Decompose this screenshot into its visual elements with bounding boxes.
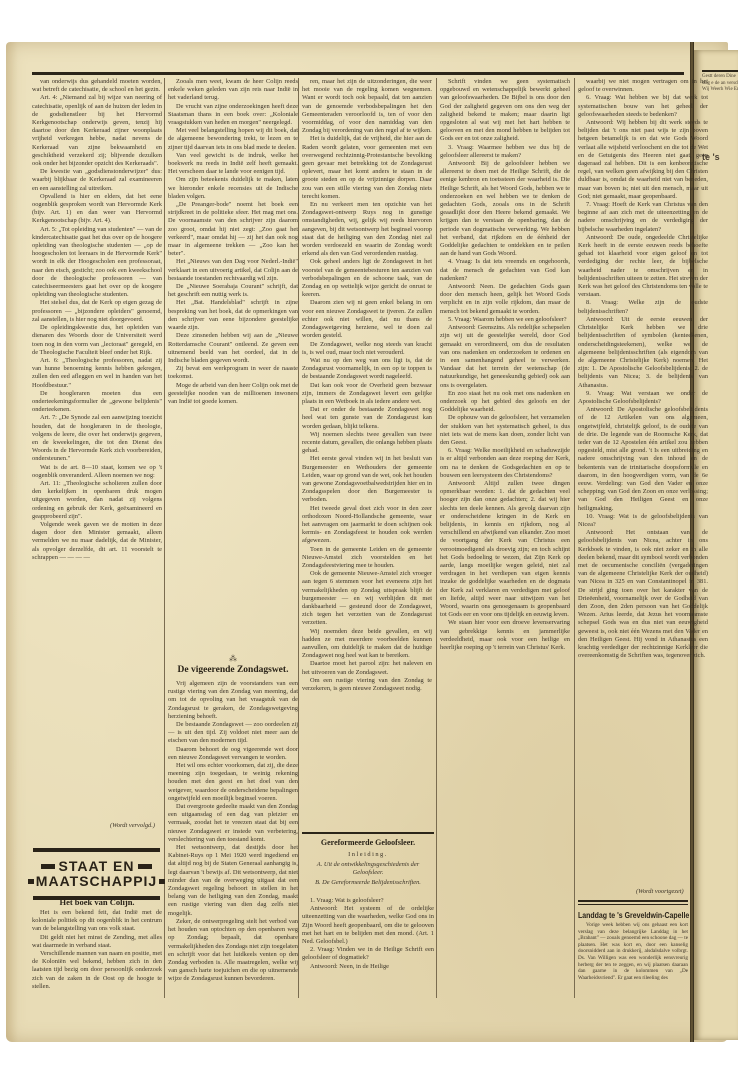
paragraph: Art. 4: „Niemand zal bij wijze van neeri… — [32, 94, 162, 168]
section-rule — [578, 900, 688, 902]
paragraph: Het „Bat. Handelsblad" schrijft in zijne… — [168, 299, 298, 332]
banner-bar — [138, 864, 152, 869]
paragraph: Het „Nieuws van den Dag voor Nederl.-Ind… — [168, 258, 298, 283]
paragraph: Vrij algemeen zijn de voorstanders van e… — [168, 680, 298, 721]
adjacent-page-rule — [702, 70, 738, 72]
section-divider-asterisk: ⁂ — [168, 654, 298, 663]
banner-bar — [41, 864, 55, 869]
paragraph: Dat overgroote gedeelte maakt van den Zo… — [168, 803, 298, 844]
paragraph: Dit geldt niet het minst de Zending, met… — [32, 934, 162, 950]
paragraph: Wat nu op den weg van ons ligt is, dat d… — [302, 357, 432, 382]
staat-en-maatschappij-banner: STAAT EN MAATSCHAPPIJ — [33, 848, 160, 900]
section-rule — [578, 904, 688, 905]
paragraph: De vrucht van zijne onderzoekingen heeft… — [168, 103, 298, 128]
paragraph: Antwoord: Altijd zullen twee dingen opme… — [440, 480, 570, 619]
paragraph: Vorige week hebben wij ons gehaast een k… — [578, 922, 688, 981]
paragraph: 6. Vraag: Wat hebben we bij dat werk tot… — [578, 94, 708, 119]
paragraph: 2. Vraag: Vinden we in de Heilige Schrif… — [302, 946, 434, 962]
column-4: Schrift vinden we geen systematisch opge… — [440, 78, 570, 998]
paragraph: Wij noemen slechts twee gevallen van twe… — [302, 431, 432, 456]
zondagswet-heading: De vigeerende Zondagswet. — [168, 665, 298, 675]
paragraph: 3. Vraag: Waarmee hebben we dus bij de g… — [440, 144, 570, 160]
paragraph: 8. Vraag: Welke zijn de oudste belijdeni… — [578, 299, 708, 315]
paragraph: De hoogleraren moeten dus een onderteeke… — [32, 390, 162, 415]
paragraph: Antwoord: De oude, ongedeelde Christelij… — [578, 234, 708, 300]
paragraph: Antwoord: Neen, in de Heilige — [302, 963, 434, 971]
paragraph: Het tweede geval doet zich voor in den z… — [302, 505, 432, 546]
paragraph: Antwoord: Geenszins. Als redelijke schep… — [440, 324, 570, 390]
landdag-article: Vorige week hebben wij ons gehaast een k… — [578, 922, 688, 981]
paragraph: Moge de arbeid van den heer Colijn ook m… — [168, 382, 298, 407]
paragraph: Om een rustige viering van den Zondag te… — [302, 677, 432, 693]
geloofsleer-article: 1. Vraag: Wat is geloofsleer?Antwoord: H… — [302, 897, 434, 971]
geloofsleer-section-a: A. Uit de ontwikkelingsgeschiedenis der … — [302, 861, 434, 877]
paragraph: De „Nieuwe Soerabaja Courant" schrijft, … — [168, 283, 298, 299]
paragraph: Het wetsontwerp, dat destijds door het K… — [168, 844, 298, 918]
paragraph: 4. Vraag: Is dat iets vreemds en ongehoo… — [440, 258, 570, 283]
geloofsleer-heading: Gereformeerde Geloofsleer. — [302, 838, 434, 847]
banner-bar — [159, 879, 165, 884]
column-rule — [436, 78, 437, 998]
paragraph: Deze zinsneden hebben wij aan de „Nieuwe… — [168, 332, 298, 365]
paragraph: Antwoord: Het ontstaan van de geloofsbel… — [578, 529, 708, 660]
paragraph: De kwestie van „godsdienstonderwijzer" d… — [32, 168, 162, 193]
paragraph: van onderwijs dus gehandeld moeten worde… — [32, 78, 162, 94]
paragraph: Het eerste geval vinden wij in het beslu… — [302, 455, 432, 504]
paragraph: Art. 5: „Tot opleiding van studenten" — … — [32, 226, 162, 300]
paragraph: De bestaande Zondagswet — zoo oordeelen … — [168, 721, 298, 746]
zondagswet-article: Vrij algemeen zijn de voorstanders van e… — [168, 680, 298, 1010]
continued-note: (Wordt vervolgd.) — [110, 822, 155, 829]
paragraph: En nu verkeert men ten opzichte van het … — [302, 201, 432, 258]
continued-note: (Wordt voortgezet) — [636, 888, 684, 895]
column-1: van onderwijs dus gehandeld moeten worde… — [32, 78, 162, 820]
paragraph: Zooals men weet, kwam de heer Colijn ree… — [168, 78, 298, 103]
section-rule — [302, 832, 434, 834]
paragraph: Toen in de gemeente Leiden en de gemeent… — [302, 546, 432, 571]
paragraph: Het is een bekend feit, dat Indië met de… — [32, 909, 162, 934]
banner-line-2: MAATSCHAPPIJ — [28, 874, 165, 889]
paragraph: Ook de gemeente Nieuwe-Amstel zich vroeg… — [302, 570, 432, 627]
paragraph: waarbij we niet mogen vertragen om in he… — [578, 78, 708, 94]
paragraph: Het wil ons echter voorkomen, dat zij, d… — [168, 762, 298, 803]
column-3: ren, maar het zijn de uitzonderingen, di… — [302, 78, 432, 818]
paragraph: 7. Vraag: Hoeft de Kerk van Christus van… — [578, 201, 708, 234]
paragraph: 5. Vraag: Waarom hebben we een geloofsle… — [440, 316, 570, 324]
paragraph: 1. Vraag: Wat is geloofsleer? — [302, 897, 434, 905]
colijn-article: Het is een bekend feit, dat Indië met de… — [32, 909, 162, 991]
paragraph: Daarom zien wij ni geen enkel belang in … — [302, 299, 432, 340]
paragraph: Ook geheel anders ligt de Zondagswet in … — [302, 258, 432, 299]
landdag-heading: Landdag te 's Greveldwin-Capelle — [578, 910, 670, 920]
paragraph: Antwoord: Wij hebben bij dit werk steeds… — [578, 119, 708, 201]
paragraph: Antwoord: Bij de geloofsleer hebben we a… — [440, 160, 570, 258]
paragraph: Antwoord: Het systeem of de ordelijke ui… — [302, 905, 434, 946]
banner-line-1: STAAT EN — [41, 859, 153, 874]
paragraph: De ophouw van de geloofsleer, het verzam… — [440, 414, 570, 447]
paragraph: 6. Vraag: Welke moeilijkheid en schaduwz… — [440, 447, 570, 480]
paragraph: Art. 7: „De Synode zal een aanwijzing to… — [32, 414, 162, 463]
colijn-heading: Het boek van Colijn. — [32, 897, 162, 907]
paragraph: 9. Vraag: Wat verstaan we onder de Apost… — [578, 390, 708, 406]
paragraph: Zeker, de ontwerpregeling stelt het verb… — [168, 918, 298, 984]
paragraph: De Zondagswet, welke nog steeds van krac… — [302, 341, 432, 357]
paragraph: Antwoord: Uit de eerste eeuwen der Chris… — [578, 316, 708, 390]
paragraph: Antwoord: Neen. De gedachten Gods gaan d… — [440, 283, 570, 316]
paragraph: „De Preanger-bode" noemt het boek een st… — [168, 201, 298, 258]
banner-text-1: STAAT EN — [59, 859, 135, 874]
column-5: waarbij we niet mogen vertragen om in he… — [578, 78, 708, 838]
column-rule — [574, 78, 575, 998]
paragraph: Volgende week gaven we de motten in deze… — [32, 521, 162, 562]
paragraph: Verschillende mannen van naam en positie… — [32, 950, 162, 991]
paragraph: 10. Vraag: Wat is de geloofsbelijdenis v… — [578, 513, 708, 529]
paragraph: Art. 11: „Theologische scholieren zullen… — [32, 480, 162, 521]
paragraph: Het stelsel dus, dat de Kerk op eigen ge… — [32, 299, 162, 324]
paragraph: Schrift vinden we geen systematisch opge… — [440, 78, 570, 144]
paragraph: En zoo staat het nu ook met ons nadenken… — [440, 390, 570, 415]
geloofsleer-subheading: Inleiding. — [302, 851, 434, 859]
geloofsleer-section-b: B. De Gereformeerde Belijdenisschriften. — [302, 879, 434, 887]
paragraph: Om zijn beteekenis duidelijk te maken, l… — [168, 176, 298, 201]
banner-bar — [28, 879, 34, 884]
paragraph: Met veel belangstelling hopen wij dit bo… — [168, 127, 298, 152]
paragraph: De opleidingskwestie dus, het opleiden v… — [32, 324, 162, 357]
paragraph: Daartoe moet het parool zijn: het naleve… — [302, 660, 432, 676]
paragraph: Antwoord: De Apostolische geloofsbelijde… — [578, 406, 708, 513]
column-2: Zooals men weet, kwam de heer Colijn ree… — [168, 78, 298, 586]
paragraph: Opvallend is hier en elders, dat het een… — [32, 193, 162, 226]
column-rule — [164, 78, 165, 998]
paragraph: Het is duidelijk, dat de vrijheid, die h… — [302, 135, 432, 201]
paragraph: We staan hier voor een droeve levenserva… — [440, 619, 570, 652]
paragraph: Van veel gewicht is de indruk, welke het… — [168, 152, 298, 177]
paragraph: Dat er onder de bestaande Zondagswet nog… — [302, 406, 432, 431]
banner-text-2: MAATSCHAPPIJ — [36, 874, 157, 889]
paragraph: Dat kan ook voor de Overheid geen bezwaa… — [302, 382, 432, 407]
column-rule — [298, 78, 299, 998]
paragraph: Daarom behoort de oog vigeerende wet doo… — [168, 746, 298, 762]
paragraph: Wat is de art. 8—10 staat, komen we op '… — [32, 464, 162, 480]
paragraph: Zij bevat een werkprogram in weer de naa… — [168, 365, 298, 381]
paragraph: ren, maar het zijn de uitzonderingen, di… — [302, 78, 432, 135]
masthead-rule — [32, 72, 684, 75]
paragraph: Art. 6: „Theologische professoren, nadat… — [32, 357, 162, 390]
paragraph: Wij noemden deze beide gevallen, en wij … — [302, 628, 432, 661]
